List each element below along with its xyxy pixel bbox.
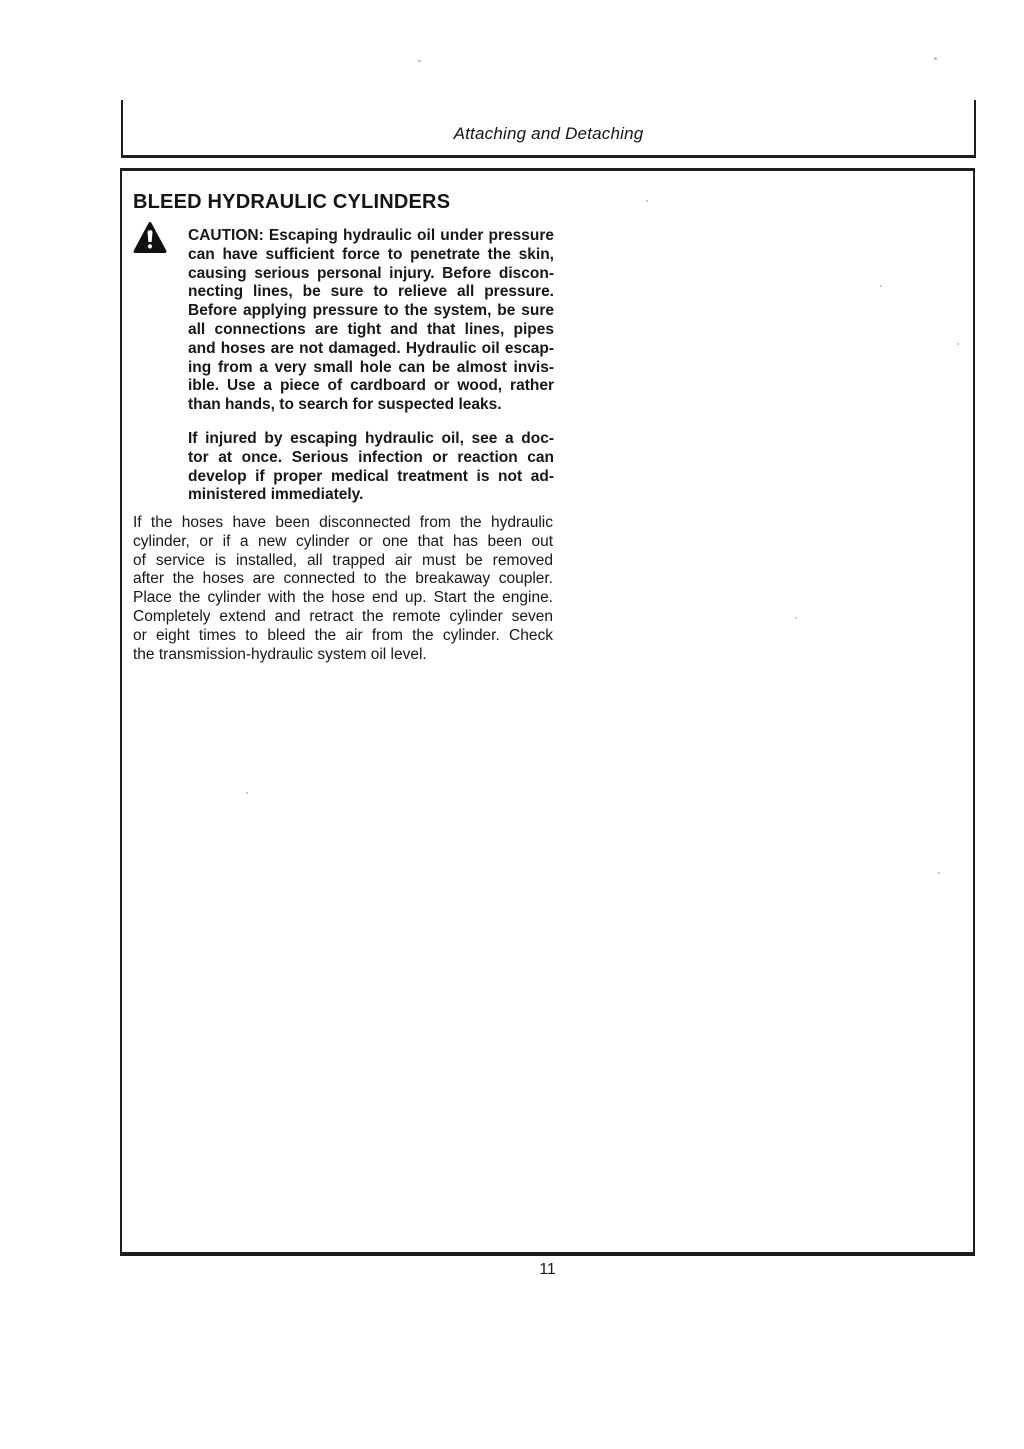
caution-paragraph-2: If injured by escaping hydraulic oil, se… (188, 430, 554, 505)
page-header-box: Attaching and Detaching (121, 100, 976, 158)
page-header-title: Attaching and Detaching (454, 112, 644, 144)
scan-speck (957, 343, 959, 345)
scan-speck (646, 200, 648, 202)
body-paragraph: If the hoses have been disconnected from… (133, 514, 553, 664)
scan-speck (934, 57, 937, 60)
scan-speck (418, 60, 421, 62)
scan-speck (246, 792, 248, 794)
content-box: BLEED HYDRAULIC CYLINDERS CAUTION: Escap… (120, 168, 975, 1256)
scan-speck (938, 872, 940, 874)
warning-triangle-icon (133, 222, 167, 254)
section-heading: BLEED HYDRAULIC CYLINDERS (133, 191, 450, 214)
scan-speck (880, 285, 882, 287)
page-number: 11 (120, 1261, 975, 1279)
manual-page: Attaching and Detaching BLEED HYDRAULIC … (0, 0, 1024, 1449)
scan-speck (795, 617, 797, 619)
caution-paragraph-1: CAUTION: Escaping hydraulic oil under pr… (188, 227, 554, 415)
